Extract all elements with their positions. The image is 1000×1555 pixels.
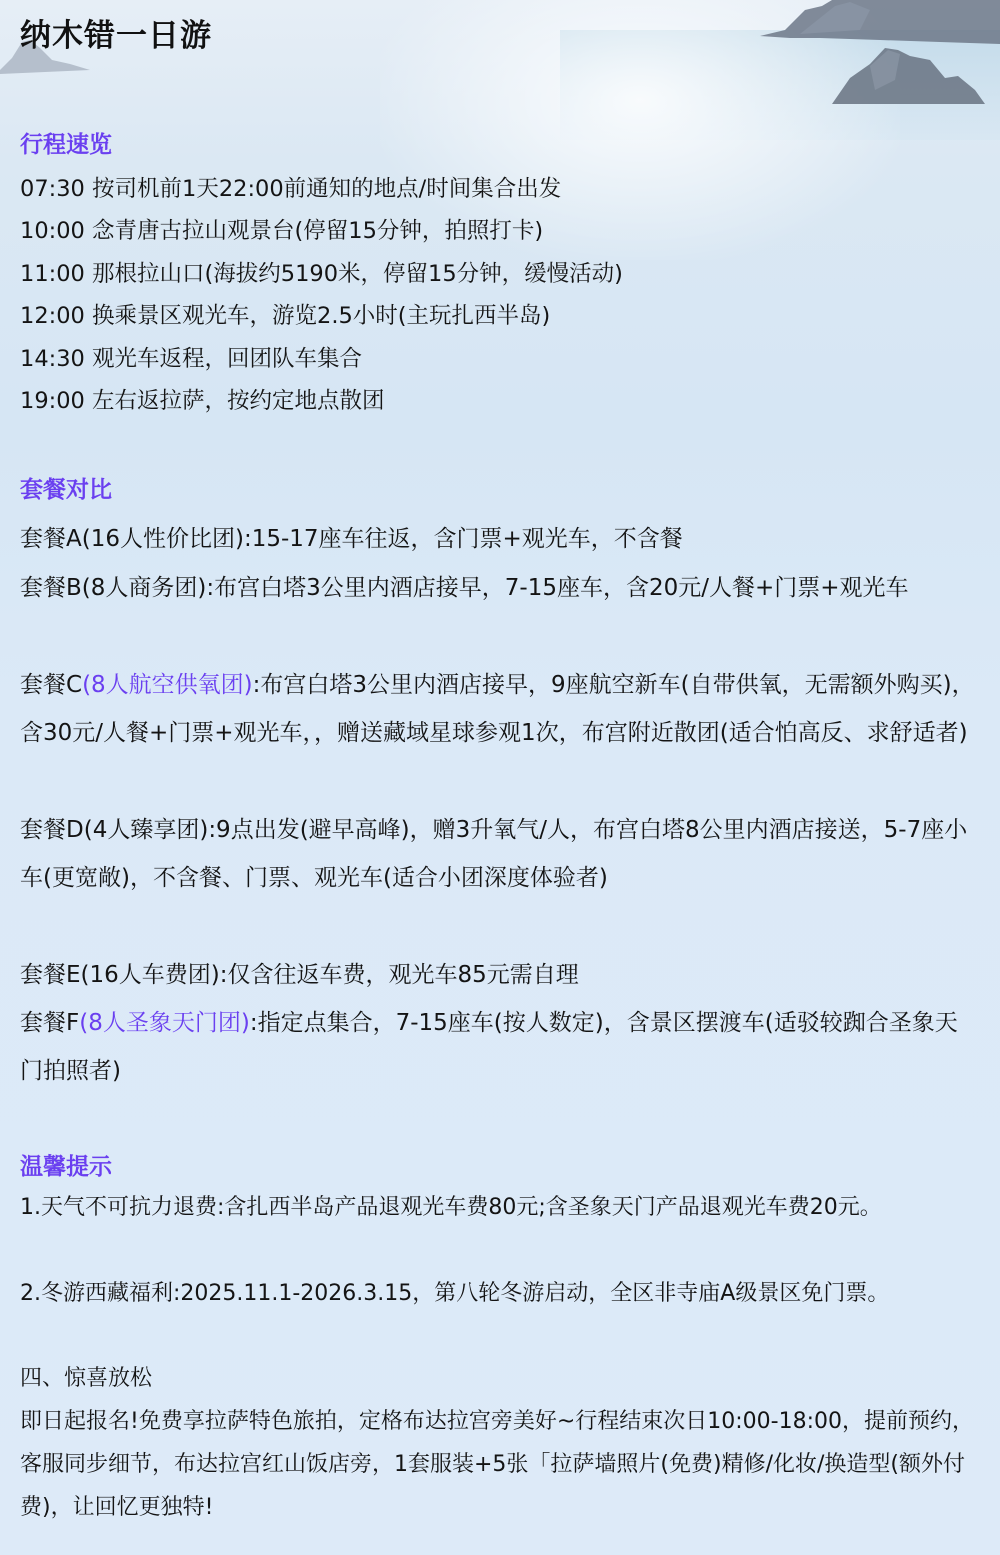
packages-heading: 套餐对比 [20,474,112,506]
itinerary-item: 12:00 换乘景区观光车，游览2.5小时(主玩扎西半岛) [20,295,980,337]
page-title: 纳木错一日游 [20,14,212,58]
package-name: (4人臻享团) [84,817,209,843]
itinerary-item: 11:00 那根拉山口(海拔约5190米，停留15分钟，缓慢活动) [20,253,980,295]
package-name-highlight: (8人航空供氧团) [82,672,253,698]
itinerary-time: 14:30 [20,346,85,372]
itinerary-item: 14:30 观光车返程，回团队车集合 [20,338,980,380]
itinerary-heading: 行程速览 [20,129,112,161]
package-desc: :布宫白塔3公里内酒店接早，7-15座车，含20元/人餐+门票+观光车 [206,575,908,601]
package-label: 套餐F [20,1010,79,1036]
package-item-c: 套餐C(8人航空供氧团):布宫白塔3公里内酒店接早，9座航空新车(自带供氧，无需… [20,661,980,757]
tip-item: 2.冬游西藏福利:2025.11.1-2026.3.15，第八轮冬游启动，全区非… [20,1272,980,1315]
itinerary-item: 10:00 念青唐古拉山观景台(停留15分钟，拍照打卡) [20,210,980,252]
package-name: (16人车费团) [81,962,220,988]
tip-subheading: 四、惊喜放松 [20,1357,980,1400]
package-item-b: 套餐B(8人商务团):布宫白塔3公里内酒店接早，7-15座车，含20元/人餐+门… [20,564,980,612]
package-label: 套餐E [20,962,81,988]
tips-heading: 温馨提示 [20,1151,112,1183]
itinerary-item: 19:00 左右返拉萨，按约定地点散团 [20,380,980,422]
itinerary-text: 那根拉山口(海拔约5190米，停留15分钟，缓慢活动) [92,261,623,287]
package-label: 套餐B [20,575,82,601]
package-desc: :仅含往返车费，观光车85元需自理 [220,962,579,988]
package-name: (16人性价比团) [82,526,244,552]
itinerary-time: 10:00 [20,218,85,244]
itinerary-text: 左右返拉萨，按约定地点散团 [92,388,385,414]
itinerary-text: 按司机前1天22:00前通知的地点/时间集合出发 [92,176,561,202]
package-label: 套餐C [20,672,82,698]
itinerary-time: 12:00 [20,303,85,329]
itinerary-text: 念青唐古拉山观景台(停留15分钟，拍照打卡) [92,218,543,244]
package-item-d: 套餐D(4人臻享团):9点出发(避早高峰)，赠3升氧气/人，布宫白塔8公里内酒店… [20,806,980,902]
itinerary-text: 换乘景区观光车，游览2.5小时(主玩扎西半岛) [92,303,550,329]
package-label: 套餐A [20,526,82,552]
itinerary-text: 观光车返程，回团队车集合 [92,346,362,372]
itinerary-item: 07:30 按司机前1天22:00前通知的地点/时间集合出发 [20,168,980,210]
package-name-highlight: (8人圣象天门团) [79,1010,250,1036]
package-item-e: 套餐E(16人车费团):仅含往返车费，观光车85元需自理 [20,951,980,999]
package-desc: :15-17座车往返，含门票+观光车，不含餐 [244,526,683,552]
lake-water-decoration [560,30,1000,140]
package-name: (8人商务团) [82,575,207,601]
itinerary-time: 19:00 [20,388,85,414]
tip-item: 即日起报名!免费享拉萨特色旅拍，定格布达拉宫旁美好~行程结束次日10:00-18… [20,1400,980,1529]
tip-item: 1.天气不可抗力退费:含扎西半岛产品退观光车费80元;含圣象天门产品退观光车费2… [20,1186,980,1229]
itinerary-time: 11:00 [20,261,85,287]
itinerary-time: 07:30 [20,176,85,202]
package-item-a: 套餐A(16人性价比团):15-17座车往返，含门票+观光车，不含餐 [20,515,980,563]
package-item-f: 套餐F(8人圣象天门团):指定点集合，7-15座车(按人数定)，含景区摆渡车(适… [20,999,980,1095]
package-label: 套餐D [20,817,84,843]
